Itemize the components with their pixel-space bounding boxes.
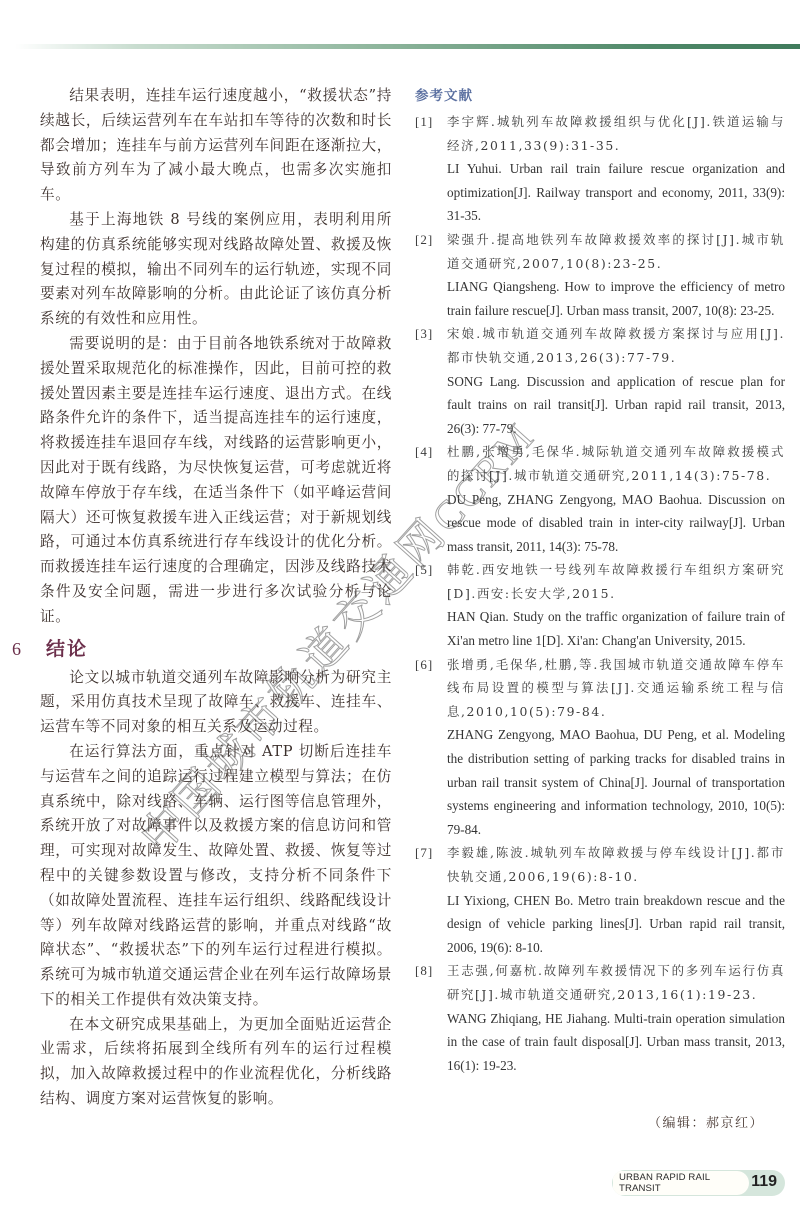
references-column: 参考文献 [1] 李宇辉.城轨列车故障救援组织与优化[J].铁道运输与经济,20… (415, 84, 785, 1077)
reference-item: [2] 梁强升.提高地铁列车故障救援效率的探讨[J].城市轨道交通研究,2007… (415, 228, 785, 322)
reference-english: LI Yixiong, CHEN Bo. Metro train breakdo… (447, 889, 785, 960)
reference-number: [6] (415, 653, 433, 677)
reference-item: [7] 李毅雄,陈波.城轨列车故障救援与停车线设计[J].都市快轨交通,2006… (415, 841, 785, 959)
footer-journal-badge: URBAN RAPID RAIL TRANSIT 119 (612, 1170, 785, 1196)
reference-english: LI Yuhui. Urban rail train failure rescu… (447, 157, 785, 228)
reference-item: [6] 张增勇,毛保华,杜鹏,等.我国城市轨道交通故障车停车线布局设置的模型与算… (415, 653, 785, 842)
body-paragraph: 在本文研究成果基础上，为更加全面贴近运营企业需求，后续将拓展到全线所有列车的运行… (40, 1013, 392, 1112)
reference-chinese: 梁强升.提高地铁列车故障救援效率的探讨[J].城市轨道交通研究,2007,10(… (447, 228, 785, 275)
page-number: 119 (751, 1173, 777, 1191)
reference-chinese: 李毅雄,陈波.城轨列车故障救援与停车线设计[J].都市快轨交通,2006,19(… (447, 841, 785, 888)
reference-chinese: 李宇辉.城轨列车故障救援组织与优化[J].铁道运输与经济,2011,33(9):… (447, 110, 785, 157)
section-title: 结论 (46, 634, 88, 661)
reference-number: [4] (415, 440, 433, 464)
reference-item: [8] 王志强,何嘉杭.故障列车救援情况下的多列车运行仿真研究[J].城市轨道交… (415, 959, 785, 1077)
reference-chinese: 韩乾.西安地铁一号线列车故障救援行车组织方案研究[D].西安:长安大学,2015… (447, 558, 785, 605)
header-decorative-rule (15, 44, 800, 49)
reference-english: ZHANG Zengyong, MAO Baohua, DU Peng, et … (447, 723, 785, 841)
references-title: 参考文献 (415, 84, 785, 104)
reference-english: WANG Zhiqiang, HE Jiahang. Multi-train o… (447, 1007, 785, 1078)
reference-chinese: 王志强,何嘉杭.故障列车救援情况下的多列车运行仿真研究[J].城市轨道交通研究,… (447, 959, 785, 1006)
reference-item: [1] 李宇辉.城轨列车故障救援组织与优化[J].铁道运输与经济,2011,33… (415, 110, 785, 228)
footer-badge-inner: URBAN RAPID RAIL TRANSIT (613, 1171, 749, 1195)
reference-number: [2] (415, 228, 433, 252)
reference-item: [5] 韩乾.西安地铁一号线列车故障救援行车组织方案研究[D].西安:长安大学,… (415, 558, 785, 652)
section-number: 6 (12, 639, 46, 660)
reference-number: [7] (415, 841, 433, 865)
journal-name: URBAN RAPID RAIL TRANSIT (619, 1172, 749, 1194)
reference-number: [1] (415, 110, 433, 134)
body-paragraph: 基于上海地铁 8 号线的案例应用，表明利用所构建的仿真系统能够实现对线路故障处置… (40, 208, 392, 332)
editor-note: （编辑：郝京红） (648, 1112, 764, 1131)
reference-number: [3] (415, 322, 433, 346)
body-paragraph: 结果表明，连挂车运行速度越小，“救援状态”持续越长，后续运营列车在车站扣车等待的… (40, 84, 392, 208)
reference-number: [8] (415, 959, 433, 983)
reference-english: LIANG Qiangsheng. How to improve the eff… (447, 275, 785, 322)
reference-item: [3] 宋娘.城市轨道交通列车故障救援方案探讨与应用[J].都市快轨交通,201… (415, 322, 785, 440)
reference-chinese: 张增勇,毛保华,杜鹏,等.我国城市轨道交通故障车停车线布局设置的模型与算法[J]… (447, 653, 785, 724)
reference-chinese: 宋娘.城市轨道交通列车故障救援方案探讨与应用[J].都市快轨交通,2013,26… (447, 322, 785, 369)
reference-english: HAN Qian. Study on the traffic organizat… (447, 605, 785, 652)
